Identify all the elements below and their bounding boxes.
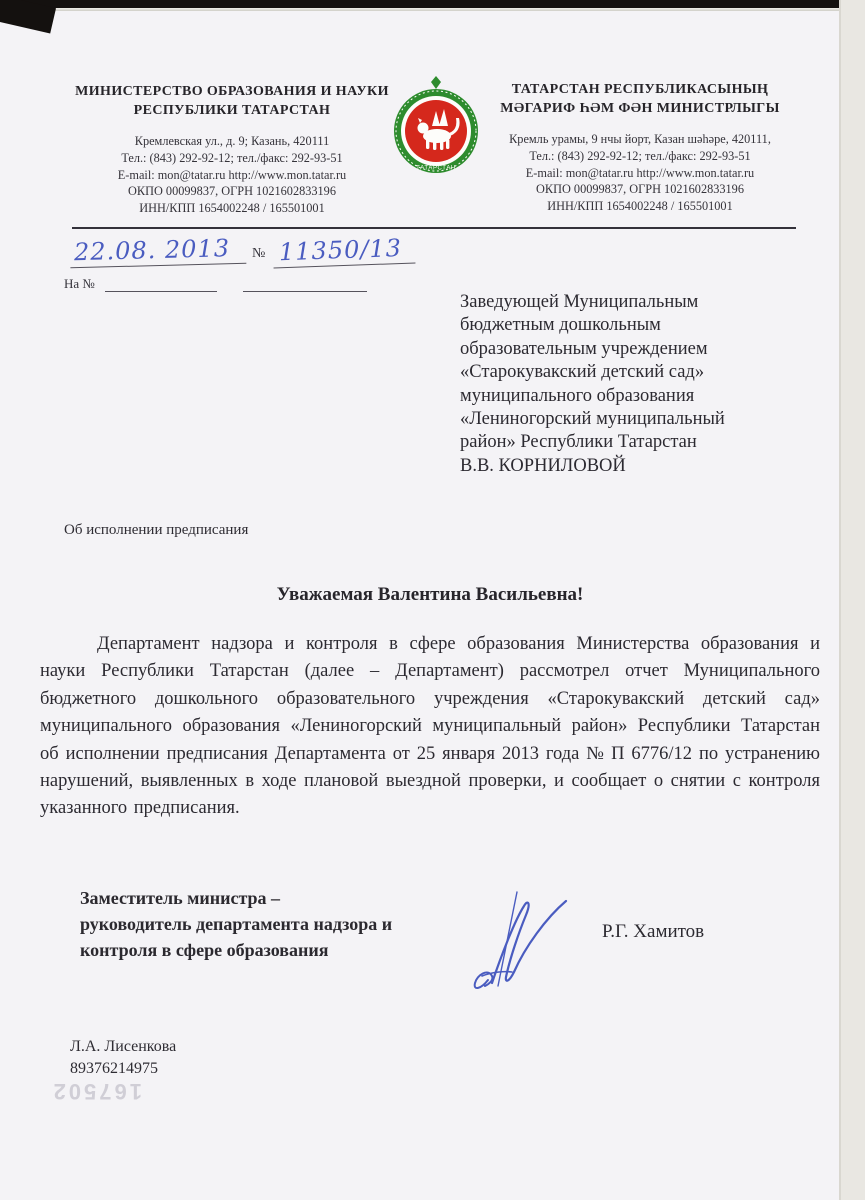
letterhead-divider-rule (72, 227, 796, 229)
salutation: Уважаемая Валентина Васильевна! (40, 584, 820, 606)
scan-edge-top-highlight (0, 8, 865, 11)
inn-line: ИНН/КПП 1654002248 / 165501001 (58, 200, 406, 217)
ministry-name-ru-line2: РЕСПУБЛИКИ ТАТАРСТАН (58, 101, 406, 120)
signer-position-block: Заместитель министра – руководитель депа… (80, 885, 450, 963)
recipient-line: район» Республики Татарстан (460, 431, 822, 454)
executor-phone: 89376214975 (70, 1058, 176, 1080)
letterhead-tatar: ТАТАРСТАН РЕСПУБЛИКАСЫНЫҢ МӘГАРИФ ҺӘМ ФӘ… (466, 80, 814, 215)
scan-edge-top (0, 0, 865, 8)
scan-edge-right (839, 0, 865, 1200)
ministry-name-ru-line1: МИНИСТЕРСТВО ОБРАЗОВАНИЯ И НАУКИ (58, 82, 406, 101)
recipient-line: образовательным учреждением (460, 338, 822, 361)
executor-name: Л.А. Лисенкова (70, 1036, 176, 1058)
signer-name: Р.Г. Хамитов (602, 921, 704, 943)
okpo-line: ОКПО 00099837, ОГРН 1021602833196 (58, 183, 406, 200)
ministry-name-ru: МИНИСТЕРСТВО ОБРАЗОВАНИЯ И НАУКИ РЕСПУБЛ… (58, 82, 406, 120)
emblem-ring-text: ТАТАРСТАН (416, 166, 456, 172)
executor-contact-block: Л.А. Лисенкова 89376214975 (70, 1036, 176, 1080)
ministry-name-tt: ТАТАРСТАН РЕСПУБЛИКАСЫНЫҢ МӘГАРИФ ҺӘМ ФӘ… (466, 80, 814, 118)
letter-body-paragraph: Департамент надзора и контроля в сфере о… (40, 631, 820, 823)
reply-date-blank (243, 277, 367, 292)
ministry-name-tt-line2: МӘГАРИФ ҺӘМ ФӘН МИНИСТРЛЫГЫ (466, 99, 814, 118)
reply-number-blank (105, 277, 217, 292)
handwritten-date: 22.08. 2013 (70, 234, 247, 269)
handwritten-outgoing-number: 11350/13 (273, 234, 416, 269)
scanned-letter-page: МИНИСТЕРСТВО ОБРАЗОВАНИЯ И НАУКИ РЕСПУБЛ… (0, 0, 865, 1200)
inn-line: ИНН/КПП 1654002248 / 165501001 (466, 198, 814, 215)
reply-reference-row: На № (64, 276, 367, 292)
recipient-line: муниципального образования (460, 385, 822, 408)
address-line: Кремль урамы, 9 нчы йорт, Казан шәһәре, … (466, 131, 814, 148)
recipient-name: В.В. КОРНИЛОВОЙ (460, 455, 822, 478)
reference-row: 22.08. 2013 № 11350/13 (70, 236, 415, 266)
recipient-line: Заведующей Муниципальным (460, 291, 822, 314)
ministry-contacts-ru: Кремлевская ул., д. 9; Казань, 420111 Те… (58, 133, 406, 217)
ministry-contacts-tt: Кремль урамы, 9 нчы йорт, Казан шәһәре, … (466, 131, 814, 215)
signer-position-line: Заместитель министра – (80, 885, 450, 911)
number-sign: № (252, 246, 265, 262)
email-line: E-mail: mon@tatar.ru http://www.mon.tata… (58, 167, 406, 184)
ministry-name-tt-line1: ТАТАРСТАН РЕСПУБЛИКАСЫНЫҢ (466, 80, 814, 99)
recipient-block: Заведующей Муниципальным бюджетным дошко… (460, 291, 822, 478)
phone-line: Тел.: (843) 292-92-12; тел./факс: 292-93… (466, 148, 814, 165)
bleedthrough-stamp-number: 167502 (46, 1078, 142, 1104)
phone-line: Тел.: (843) 292-92-12; тел./факс: 292-93… (58, 150, 406, 167)
reply-to-label: На № (64, 276, 95, 292)
recipient-line: «Старокувакский детский сад» (460, 361, 822, 384)
emblem-tassel (431, 76, 441, 89)
recipient-line: бюджетным дошкольным (460, 314, 822, 337)
okpo-line: ОКПО 00099837, ОГРН 1021602833196 (466, 181, 814, 198)
signer-position-line: контроля в сфере образования (80, 937, 450, 963)
subject-line: Об исполнении предписания (64, 522, 248, 539)
address-line: Кремлевская ул., д. 9; Казань, 420111 (58, 133, 406, 150)
signer-position-line: руководитель департамента надзора и (80, 911, 450, 937)
handwritten-signature (468, 884, 618, 996)
letterhead-russian: МИНИСТЕРСТВО ОБРАЗОВАНИЯ И НАУКИ РЕСПУБЛ… (58, 82, 406, 217)
email-line: E-mail: mon@tatar.ru http://www.mon.tata… (466, 165, 814, 182)
recipient-line: «Лениногорский муниципальный (460, 408, 822, 431)
